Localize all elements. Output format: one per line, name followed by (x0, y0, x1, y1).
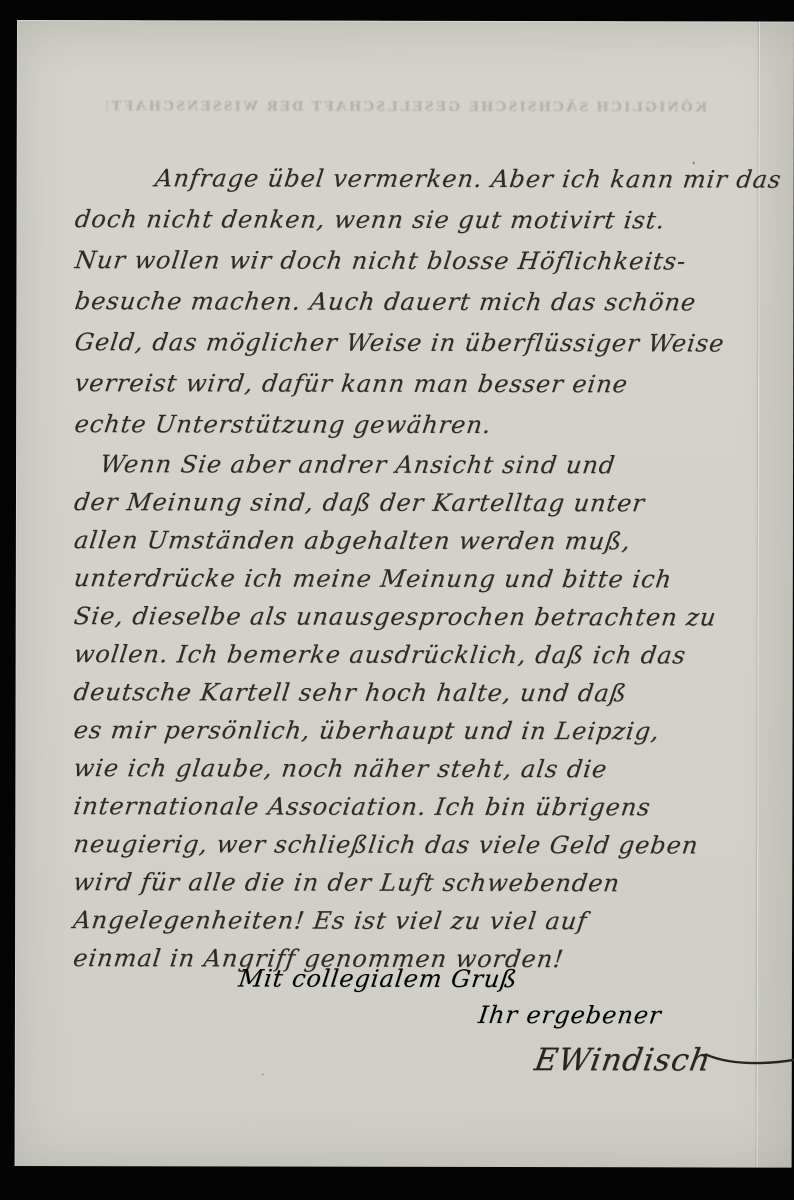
photo-background: KÖNIGLICH SÄCHSISCHE GESELLSCHAFT DER WI… (0, 0, 794, 1200)
handwritten-line: wird für alle die in der Luft schwebende… (71, 863, 741, 902)
handwritten-line: allen Umständen abgehalten werden muß, (72, 521, 742, 560)
signature: EWindisch (532, 1042, 714, 1078)
valediction-line: Ihr ergebener (477, 1001, 663, 1029)
paragraph-2: Wenn Sie aber andrer Ansicht sind und de… (71, 445, 737, 978)
closing-line: Mit collegialem Gruß (237, 964, 519, 993)
handwritten-line: unterdrücke ich meine Meinung und bitte … (72, 559, 742, 598)
handwritten-line: wie ich glaube, noch näher steht, als di… (71, 749, 741, 788)
handwritten-line: Nur wollen wir doch nicht blosse Höflich… (72, 240, 742, 282)
handwritten-line: Angelegenheiten! Es ist viel zu viel auf (71, 901, 741, 940)
signature-flourish-stroke (703, 1039, 794, 1069)
signature-block: EWindisch (535, 1039, 794, 1079)
ink-speck (693, 161, 695, 164)
ink-speck (262, 1074, 264, 1076)
letter-body: Anfrage übel vermerken. Aber ich kann mi… (71, 158, 738, 978)
handwritten-line: Geld, das möglicher Weise in überflüssig… (72, 322, 742, 364)
handwritten-line: Anfrage übel vermerken. Aber ich kann mi… (73, 158, 743, 200)
handwritten-line: neugierig, wer schließlich das viele Gel… (71, 825, 741, 864)
handwritten-line: es mir persönlich, überhaupt und in Leip… (71, 711, 741, 750)
handwritten-line: internationale Association. Ich bin übri… (71, 787, 741, 826)
handwritten-line: der Meinung sind, daß der Kartelltag unt… (72, 483, 742, 522)
ink-speck (325, 767, 327, 769)
handwritten-line: echte Unterstützung gewähren. (72, 404, 742, 446)
handwritten-line: Wenn Sie aber andrer Ansicht sind und (72, 445, 742, 484)
handwritten-line: deutsche Kartell sehr hoch halte, und da… (72, 673, 742, 712)
letterhead-showthrough: KÖNIGLICH SÄCHSISCHE GESELLSCHAFT DER WI… (107, 98, 707, 116)
handwritten-line: wollen. Ich bemerke ausdrücklich, daß ic… (72, 635, 742, 674)
handwritten-line: besuche machen. Auch dauert mich das sch… (72, 281, 742, 323)
handwritten-line: doch nicht denken, wenn sie gut motivirt… (73, 199, 743, 241)
paragraph-1: Anfrage übel vermerken. Aber ich kann mi… (72, 158, 738, 446)
handwritten-line: Sie, dieselbe als unausgesprochen betrac… (72, 597, 742, 636)
handwritten-line: verreist wird, dafür kann man besser ein… (72, 363, 742, 405)
letter-paper: KÖNIGLICH SÄCHSISCHE GESELLSCHAFT DER WI… (15, 20, 794, 1168)
